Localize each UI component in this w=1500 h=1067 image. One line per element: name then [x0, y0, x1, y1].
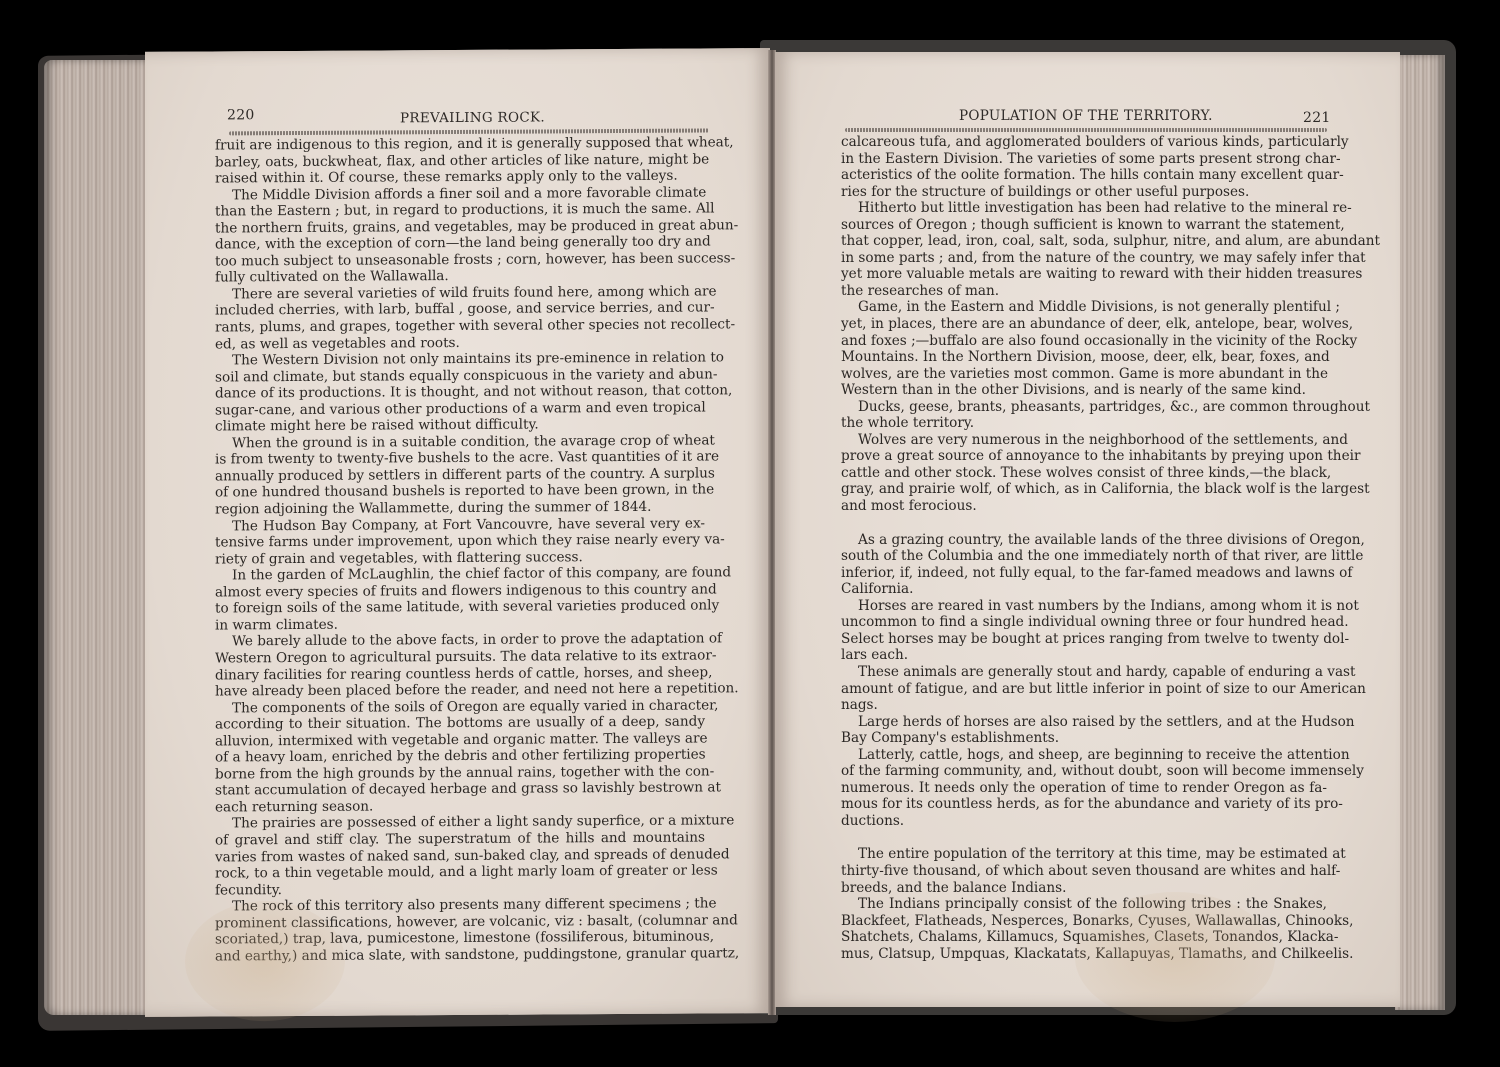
- paragraph: Game, in the Eastern and Middle Division…: [841, 299, 1327, 398]
- running-head-title: POPULATION OF THE TERRITORY.: [959, 108, 1213, 124]
- left-running-head: 220 PREVAILING ROCK.: [145, 104, 770, 130]
- text-line: California.: [841, 581, 1327, 598]
- text-line: lars each.: [841, 647, 1327, 664]
- text-line: As a grazing country, the available land…: [841, 532, 1327, 549]
- page-number: 220: [227, 107, 255, 123]
- paragraph: There are several varieties of wild frui…: [215, 283, 705, 352]
- paragraph: Large herds of horses are also raised by…: [841, 714, 1327, 747]
- open-book: 220 PREVAILING ROCK. fruit are indigenou…: [0, 0, 1500, 1067]
- text-line: calcareous tufa, and agglomerated boulde…: [841, 134, 1327, 151]
- text-line: in the Eastern Division. The varieties o…: [841, 151, 1327, 168]
- section-break: [841, 829, 1327, 846]
- paragraph: fruit are indigenous to this region, and…: [215, 134, 705, 187]
- text-line: Western than in the other Divisions, and…: [841, 382, 1327, 399]
- text-line: Latterly, cattle, hogs, and sheep, are b…: [841, 747, 1327, 764]
- text-line: nags.: [841, 697, 1327, 714]
- text-line: mous for its countless herds, as for the…: [841, 796, 1327, 813]
- paragraph: Horses are reared in vast numbers by the…: [841, 598, 1327, 664]
- text-line: cattle and other stock. These wolves con…: [841, 465, 1327, 482]
- right-page-body: calcareous tufa, and agglomerated boulde…: [841, 134, 1327, 962]
- page-edges-right: [1395, 55, 1445, 1010]
- text-line: the researches of man.: [841, 283, 1327, 300]
- text-line: stant accumulation of decayed herbage an…: [215, 780, 705, 800]
- paragraph: Latterly, cattle, hogs, and sheep, are b…: [841, 747, 1327, 830]
- running-head-title: PREVAILING ROCK.: [400, 109, 545, 126]
- header-rule: [845, 128, 1327, 132]
- text-line: Horses are reared in vast numbers by the…: [841, 598, 1327, 615]
- text-line: acteristics of the oolite formation. The…: [841, 167, 1327, 184]
- text-line: too much subject to unseasonable frosts …: [215, 250, 705, 270]
- paragraph: calcareous tufa, and agglomerated boulde…: [841, 134, 1327, 200]
- paragraph: We barely allude to the above facts, in …: [215, 631, 705, 700]
- text-line: of the farming community, and, without d…: [841, 763, 1327, 780]
- paragraph: When the ground is in a suitable conditi…: [215, 432, 705, 518]
- text-line: the whole territory.: [841, 415, 1327, 432]
- text-line: Game, in the Eastern and Middle Division…: [841, 299, 1327, 316]
- text-line: prove a great source of annoyance to the…: [841, 448, 1327, 465]
- page-number: 221: [1303, 110, 1331, 126]
- right-running-head: POPULATION OF THE TERRITORY. 221: [775, 108, 1400, 130]
- text-line: The entire population of the territory a…: [841, 846, 1327, 863]
- paragraph: As a grazing country, the available land…: [841, 532, 1327, 598]
- text-line: rants, plums, and grapes, together with …: [215, 317, 705, 337]
- text-line: ries for the structure of buildings or o…: [841, 184, 1327, 201]
- paragraph: Wolves are very numerous in the neighbor…: [841, 432, 1327, 515]
- paragraph: These animals are generally stout and ha…: [841, 664, 1327, 714]
- text-line: numerous. It needs only the operation of…: [841, 780, 1327, 797]
- text-line: rock, to a thin vegetable mould, and a l…: [215, 863, 705, 883]
- paragraph: The entire population of the territory a…: [841, 846, 1327, 896]
- text-line: Hitherto but little investigation has be…: [841, 200, 1327, 217]
- text-line: thirty-five thousand, of which about sev…: [841, 863, 1327, 880]
- text-line: sources of Oregon ; though sufficient is…: [841, 217, 1327, 234]
- left-page-body: fruit are indigenous to this region, and…: [215, 134, 705, 964]
- text-line: that copper, lead, iron, coal, salt, sod…: [841, 233, 1327, 250]
- text-line: Wolves are very numerous in the neighbor…: [841, 432, 1327, 449]
- text-line: ductions.: [841, 813, 1327, 830]
- paper-stain: [1075, 892, 1275, 1022]
- text-line: amount of fatigue, and are but little in…: [841, 681, 1327, 698]
- text-line: Large herds of horses are also raised by…: [841, 714, 1327, 731]
- text-line: uncommon to find a single individual own…: [841, 614, 1327, 631]
- text-line: yet, in places, there are an abundance o…: [841, 316, 1327, 333]
- text-line: in some parts ; and, from the nature of …: [841, 250, 1327, 267]
- text-line: gray, and prairie wolf, of which, as in …: [841, 481, 1327, 498]
- text-line: south of the Columbia and the one immedi…: [841, 548, 1327, 565]
- text-line: and foxes ;—buffalo are also found occas…: [841, 333, 1327, 350]
- paragraph: The Western Division not only maintains …: [215, 350, 705, 436]
- text-line: wolves, are the varieties most common. G…: [841, 366, 1327, 383]
- text-line: Bay Company's establishments.: [841, 730, 1327, 747]
- text-line: Select horses may be bought at prices ra…: [841, 631, 1327, 648]
- left-page: 220 PREVAILING ROCK. fruit are indigenou…: [145, 48, 770, 1017]
- text-line: sugar-cane, and various other production…: [215, 399, 705, 419]
- paragraph: Ducks, geese, brants, pheasants, partrid…: [841, 399, 1327, 432]
- text-line: The Indians principally consist of the f…: [841, 896, 1327, 913]
- paragraph: The components of the soils of Oregon ar…: [215, 697, 705, 816]
- text-line: Mountains. In the Northern Division, moo…: [841, 349, 1327, 366]
- paragraph: The prairies are possessed of either a l…: [215, 813, 705, 899]
- text-line: These animals are generally stout and ha…: [841, 664, 1327, 681]
- text-line: to foreign soils of the same latitude, w…: [215, 598, 705, 618]
- paper-stain: [185, 901, 345, 1022]
- text-line: and most ferocious.: [841, 498, 1327, 515]
- section-break: [841, 515, 1327, 532]
- paragraph: In the garden of McLaughlin, the chief f…: [215, 565, 705, 634]
- text-line: tensive farms under improvement, upon wh…: [215, 532, 705, 552]
- text-line: breeds, and the balance Indians.: [841, 880, 1327, 897]
- paragraph: The Hudson Bay Company, at Fort Vancouvr…: [215, 515, 705, 568]
- right-page: POPULATION OF THE TERRITORY. 221 calcare…: [775, 52, 1400, 1007]
- paragraph: Hitherto but little investigation has be…: [841, 200, 1327, 299]
- page-edges-left: [44, 60, 149, 1015]
- text-line: inferior, if, indeed, not fully equal, t…: [841, 565, 1327, 582]
- paragraph: The Middle Division affords a finer soil…: [215, 184, 705, 286]
- text-line: Ducks, geese, brants, pheasants, partrid…: [841, 399, 1327, 416]
- text-line: yet more valuable metals are waiting to …: [841, 266, 1327, 283]
